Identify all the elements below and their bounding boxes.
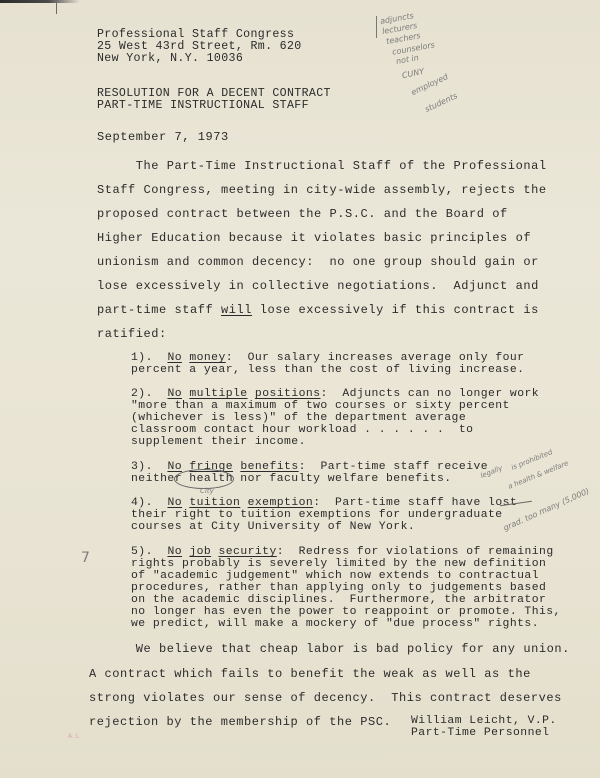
- handwritten-note: grad. too many (5,000): [502, 486, 591, 533]
- item-number: 4).: [131, 497, 153, 509]
- intro-line: Higher Education because it violates bas…: [97, 232, 531, 244]
- item-heading: No: [167, 546, 182, 558]
- list-item-5-line: rights probably is severely limited by t…: [131, 558, 546, 570]
- item-text: Part-time staff receive: [320, 461, 488, 473]
- item-heading: security: [218, 546, 276, 558]
- item-heading: No: [167, 352, 182, 364]
- item-heading: tuition: [189, 497, 240, 509]
- signature-name: William Leicht, V.P.: [411, 715, 557, 727]
- item-heading: No: [167, 461, 182, 473]
- intro-line: unionism and common decency: no one grou…: [97, 256, 539, 268]
- list-item-4-line: courses at City University of New York.: [131, 521, 415, 533]
- item-heading: job: [189, 546, 211, 558]
- list-item-5-line: no longer has even the power to reappoin…: [131, 606, 561, 618]
- item-text: Adjuncts can no longer work: [342, 388, 539, 400]
- document-date: September 7, 1973: [97, 131, 229, 143]
- list-item-5: 5). No job security: Redress for violati…: [131, 546, 554, 558]
- item-text: Our salary increases average only four: [248, 352, 525, 364]
- list-item-5-line: we predict, will make a mockery of "due …: [131, 618, 539, 630]
- item-heading: positions: [255, 388, 321, 400]
- list-item-1: 1). No money: Our salary increases avera…: [131, 352, 524, 364]
- item-heading: exemption: [248, 497, 314, 509]
- list-item-1-line: percent a year, less than the cost of li…: [131, 364, 524, 376]
- list-item-2-line: (whichever is less)" of the department a…: [131, 412, 466, 424]
- list-item-2: 2). No multiple positions: Adjuncts can …: [131, 388, 539, 400]
- intro-text: lose excessively if this contract is: [252, 303, 539, 317]
- list-item-2-line: "more than a maximum of two courses or s…: [131, 400, 510, 412]
- stamp-mark: A. L.: [68, 733, 81, 740]
- intro-line: proposed contract between the P.S.C. and…: [97, 208, 508, 220]
- item-heading: benefits: [240, 461, 298, 473]
- handwritten-note: City: [200, 486, 214, 496]
- list-item-5-line: on the academic disciplines. Furthermore…: [131, 594, 546, 606]
- intro-line: lose excessively in collective negotiati…: [97, 280, 539, 292]
- closing-line: rejection by the membership of the PSC.: [89, 716, 391, 728]
- closing-line: A contract which fails to benefit the we…: [89, 668, 531, 680]
- list-item-4: 4). No tuition exemption: Part-time staf…: [131, 497, 517, 509]
- intro-text: part-time staff: [97, 303, 221, 317]
- letterhead-city: New York, N.Y. 10036: [97, 53, 243, 65]
- list-item-4-line: their right to tuition exemptions for un…: [131, 509, 503, 521]
- handwritten-note: CUNY: [401, 67, 425, 81]
- document-title-line2: PART-TIME INSTRUCTIONAL STAFF: [97, 100, 309, 112]
- item-heading: multiple: [189, 388, 247, 400]
- scan-edge-shadow: [0, 0, 80, 3]
- document-page: Professional Staff Congress 25 West 43rd…: [0, 0, 600, 778]
- closing-belief: We believe that cheap labor is bad polic…: [97, 643, 570, 655]
- list-item-2-line: classroom contact hour workload . . . . …: [131, 424, 473, 436]
- scan-edge-mark: [56, 0, 57, 14]
- item-number: 1).: [131, 352, 153, 364]
- signature-title: Part-Time Personnel: [411, 727, 549, 739]
- intro-line: part-time staff will lose excessively if…: [97, 304, 539, 316]
- item-heading: No: [167, 497, 182, 509]
- item-heading: money: [189, 352, 225, 364]
- intro-line: The Part-Time Instructional Staff of the…: [97, 160, 547, 172]
- emphasis-will: will: [221, 303, 252, 317]
- handwritten-mark: 7: [81, 553, 90, 563]
- handwritten-note: students: [424, 91, 460, 115]
- item-text: Redress for violations of remaining: [299, 546, 554, 558]
- item-number: 3).: [131, 461, 153, 473]
- handwritten-arrow-line: [376, 16, 377, 38]
- intro-line: ratified:: [97, 328, 167, 340]
- closing-line: strong violates our sense of decency. Th…: [89, 692, 562, 704]
- list-item-5-line: of "academic judgement" which now extend…: [131, 570, 539, 582]
- list-item-5-line: procedures, rather than applying only to…: [131, 582, 546, 594]
- item-number: 2).: [131, 388, 153, 400]
- intro-line: Staff Congress, meeting in city-wide ass…: [97, 184, 547, 196]
- item-number: 5).: [131, 546, 153, 558]
- item-text: Part-time staff have lost: [335, 497, 517, 509]
- item-heading: No: [167, 388, 182, 400]
- list-item-2-line: supplement their income.: [131, 436, 306, 448]
